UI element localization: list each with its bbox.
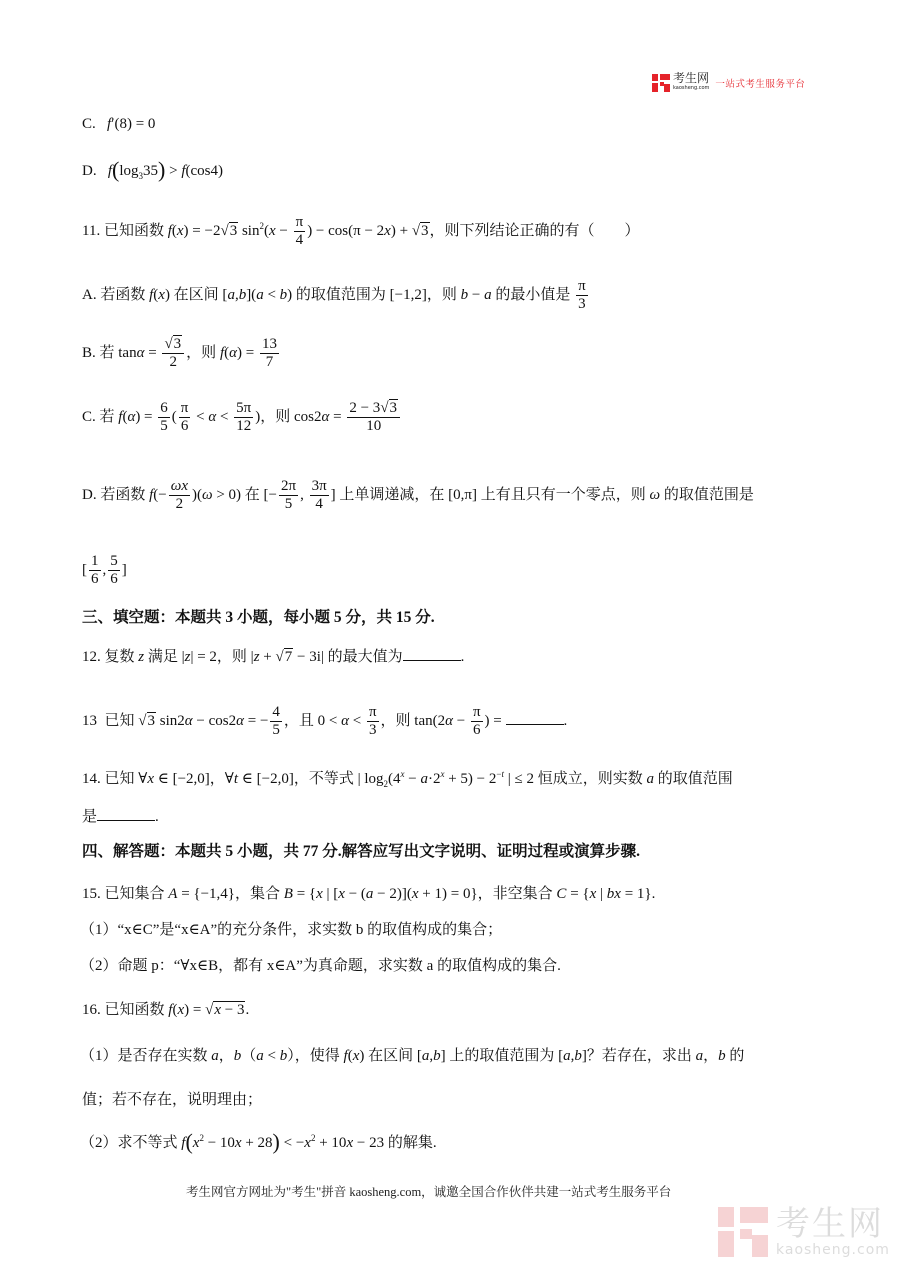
footer-text: 考生网官方网址为"考生"拼音 kaosheng.com，诚邀全国合作伙伴共建一站… bbox=[186, 1182, 671, 1200]
answer-blank[interactable] bbox=[403, 646, 461, 661]
q11-option-b: B. 若 tanα = √32，则 f(α) = 137 bbox=[82, 336, 281, 371]
answer-blank[interactable] bbox=[97, 806, 155, 821]
q15-part1: （1）“x∈C”是“x∈A”的充分条件，求实数 b 的取值构成的集合； bbox=[80, 920, 502, 940]
q16: 16. 已知函数 f(x) = √x − 3. bbox=[82, 1000, 249, 1020]
q16-part1-cont: 值；若不存在，说明理由； bbox=[82, 1090, 262, 1110]
logo-cn-text: 考生网 bbox=[673, 72, 709, 84]
section4-title: 四、解答题：本题共 5 小题，共 77 分.解答应写出文字说明、证明过程或演算步… bbox=[82, 842, 640, 862]
q11-option-d-answer: [16,56] bbox=[82, 553, 127, 588]
answer-blank[interactable] bbox=[506, 710, 564, 725]
watermark-cn: 考生网 bbox=[776, 1206, 890, 1242]
q12: 12. 复数 z 满足 |z| = 2，则 |z + √7 − 3i| 的最大值… bbox=[82, 646, 464, 667]
q15-part2: （2）命题 p：“∀x∈B，都有 x∈A”为真命题，求实数 a 的取值构成的集合… bbox=[80, 956, 561, 976]
watermark-en: kaosheng.com bbox=[776, 1242, 890, 1258]
q10-option-c: C. f′(8) = 0 bbox=[82, 114, 155, 134]
kaosheng-logo-icon bbox=[652, 74, 670, 92]
section3-title: 三、填空题：本题共 3 小题，每小题 5 分，共 15 分. bbox=[82, 608, 435, 628]
header-slogan: 一站式考生服务平台 bbox=[715, 76, 805, 90]
header-logo: 考生网 kaosheng.com 一站式考生服务平台 bbox=[652, 72, 805, 93]
q11-stem: 11. 已知函数 f(x) = −2√3 sin2(x − π4) − cos(… bbox=[82, 214, 640, 249]
q14-cont: 是. bbox=[82, 806, 159, 827]
q11-option-c: C. 若 f(α) = 65(π6 < α < 5π12)，则 cos2α = … bbox=[82, 400, 402, 435]
q16-part1: （1）是否存在实数 a，b（a < b），使得 f(x) 在区间 [a,b] 上… bbox=[80, 1046, 744, 1066]
kaosheng-watermark-logo-icon bbox=[718, 1207, 768, 1257]
q15: 15. 已知集合 A = {−1,4}，集合 B = {x | [x − (a … bbox=[82, 884, 655, 904]
q14: 14. 已知 ∀x ∈ [−2,0]，∀t ∈ [−2,0]，不等式 | log… bbox=[82, 764, 733, 794]
q11-option-a: A. 若函数 f(x) 在区间 [a,b](a < b) 的取值范围为 [−1,… bbox=[82, 278, 590, 313]
option-label: C. bbox=[82, 116, 96, 132]
q10-option-d: D. f(log335) > f(cos4) bbox=[82, 160, 223, 186]
watermark: 考生网 kaosheng.com bbox=[718, 1206, 890, 1258]
q13: 13 已知 √3 sin2α − cos2α = −45，且 0 < α < π… bbox=[82, 704, 567, 739]
logo-en-text: kaosheng.com bbox=[673, 84, 709, 93]
q11-option-d: D. 若函数 f(−ωx2)(ω > 0) 在 [−2π5, 3π4] 上单调递… bbox=[82, 478, 754, 513]
q16-part2: （2）求不等式 f(x2 − 10x + 28) < −x2 + 10x − 2… bbox=[80, 1128, 437, 1153]
option-label: D. bbox=[82, 163, 97, 179]
